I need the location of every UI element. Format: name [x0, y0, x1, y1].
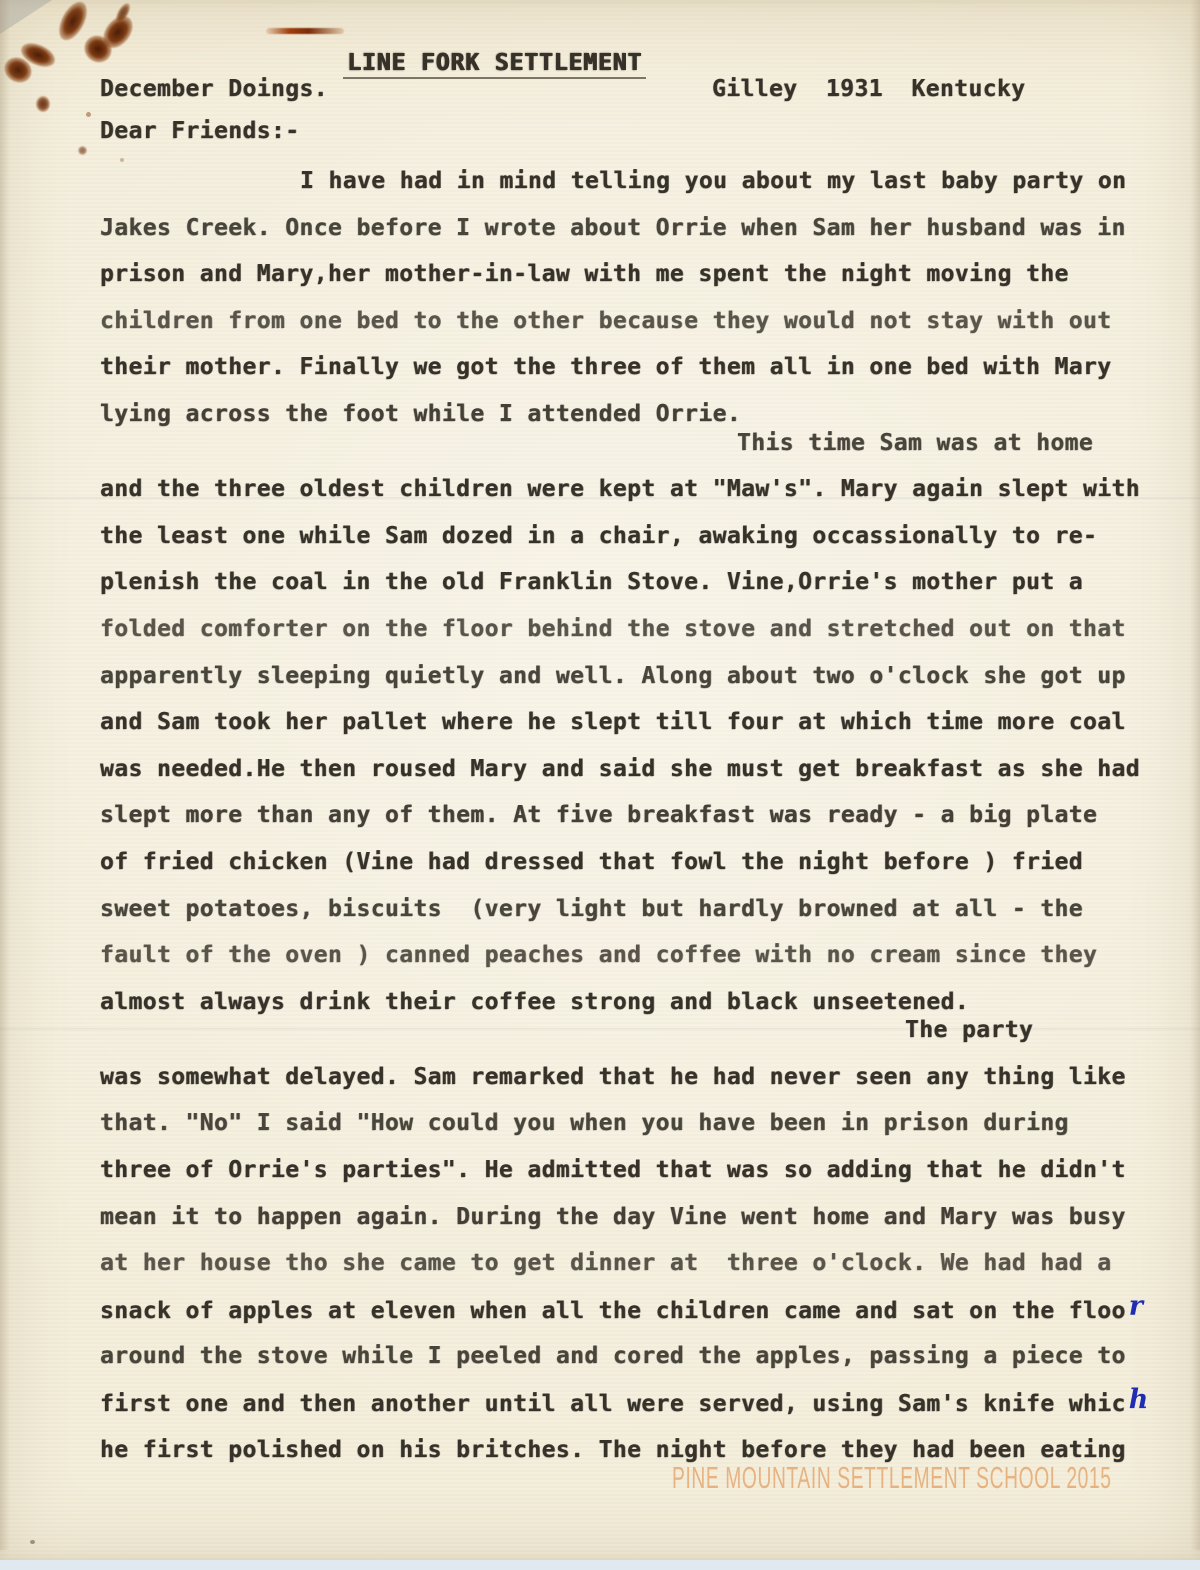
typed-line: sweet potatoes, biscuits (very light but… — [100, 886, 1170, 933]
typed-line: apparently sleeping quietly and well. Al… — [100, 653, 1170, 700]
typed-line: at her house tho she came to get dinner … — [100, 1240, 1170, 1287]
typed-line: This time Sam was at home — [100, 420, 1170, 467]
typed-line: the least one while Sam dozed in a chair… — [100, 513, 1170, 560]
typed-line: three of Orrie's parties". He admitted t… — [100, 1147, 1170, 1194]
typed-line: their mother. Finally we got the three o… — [100, 344, 1170, 391]
paper-speck — [86, 112, 91, 117]
rust-stain — [78, 146, 87, 155]
paper-sheet: PINE MOUNTAIN SETTLEMENT SCHOOL 2015 LIN… — [0, 0, 1200, 1560]
rust-streak — [266, 28, 344, 34]
typed-line: he first polished on his britches. The n… — [100, 1427, 1170, 1474]
typed-line: and the three oldest children were kept … — [100, 466, 1170, 513]
typed-line: prison and Mary,her mother-in-law with m… — [100, 251, 1170, 298]
letter-dateline: Gilley 1931 Kentucky — [712, 76, 1025, 102]
letter-subtitle: December Doings. — [100, 76, 328, 102]
typed-line: was somewhat delayed. Sam remarked that … — [100, 1054, 1170, 1101]
typed-line: I have had in mind telling you about my … — [100, 158, 1170, 205]
scan-edge-shadow — [0, 0, 10, 1550]
letter-body: I have had in mind telling you about my … — [100, 158, 1170, 1473]
rust-stain — [53, 0, 92, 45]
typed-line: Jakes Creek. Once before I wrote about O… — [100, 205, 1170, 252]
typed-line: mean it to happen again. During the day … — [100, 1194, 1170, 1241]
typed-line: fault of the oven ) canned peaches and c… — [100, 932, 1170, 979]
letter-title: LINE FORK SETTLEMENT — [343, 50, 646, 79]
corner-fold — [0, 0, 52, 34]
rust-stain — [36, 96, 50, 112]
typed-line: of fried chicken (Vine had dressed that … — [100, 839, 1170, 886]
typed-line: children from one bed to the other becau… — [100, 298, 1170, 345]
typed-line: folded comforter on the floor behind the… — [100, 606, 1170, 653]
paper-speck — [30, 1540, 35, 1544]
typed-line: slept more than any of them. At five bre… — [100, 792, 1170, 839]
scanner-background — [0, 1560, 1200, 1570]
letter-salutation: Dear Friends:- — [100, 118, 299, 144]
handwritten-correction: r — [1129, 1291, 1143, 1322]
typed-line: around the stove while I peeled and core… — [100, 1333, 1170, 1380]
handwritten-correction: h — [1129, 1384, 1149, 1415]
typed-line: first one and then another until all wer… — [100, 1380, 1170, 1427]
scan-edge-shadow — [1190, 0, 1200, 1550]
typed-line: snack of apples at eleven when all the c… — [100, 1287, 1170, 1334]
typed-line: and Sam took her pallet where he slept t… — [100, 699, 1170, 746]
typed-line: plenish the coal in the old Franklin Sto… — [100, 559, 1170, 606]
typed-line: was needed.He then roused Mary and said … — [100, 746, 1170, 793]
scanned-letter-page: PINE MOUNTAIN SETTLEMENT SCHOOL 2015 LIN… — [0, 0, 1200, 1570]
typed-line: that. "No" I said "How could you when yo… — [100, 1100, 1170, 1147]
